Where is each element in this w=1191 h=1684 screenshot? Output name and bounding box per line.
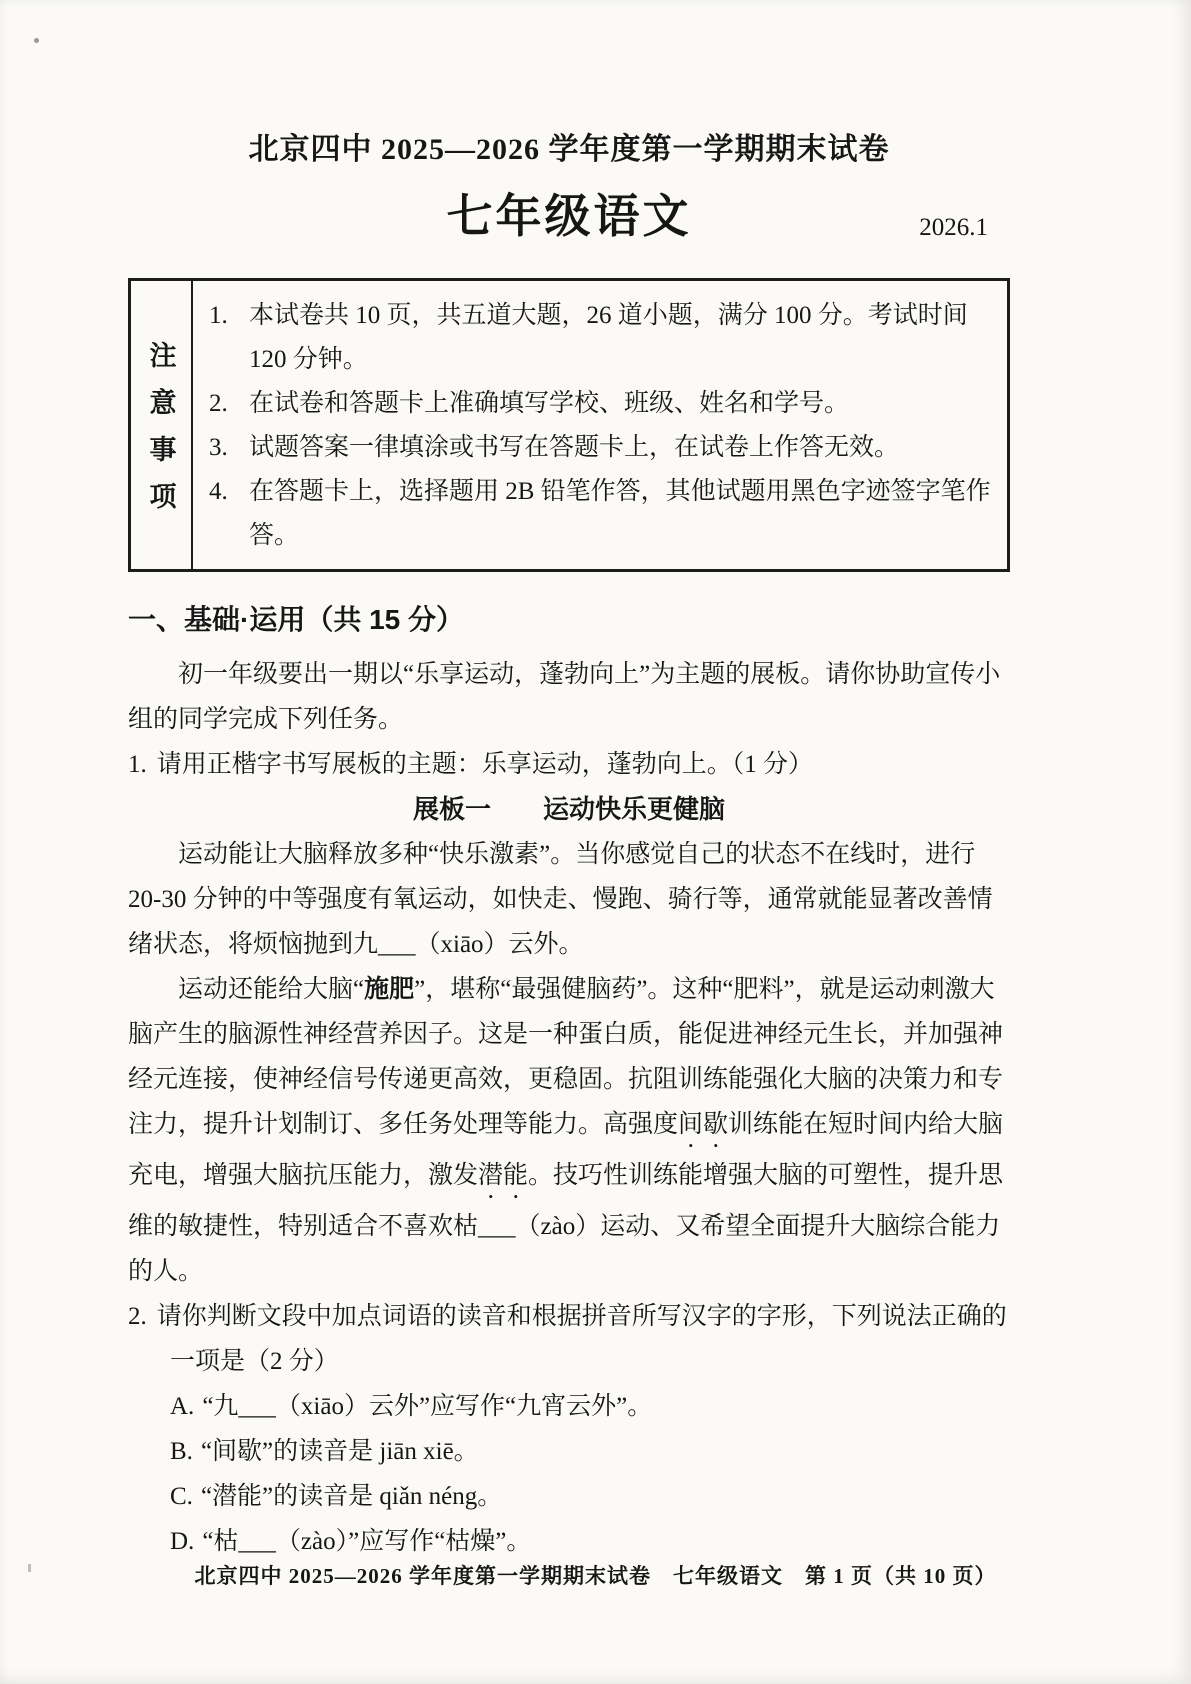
option-d-label: D. bbox=[170, 1528, 202, 1555]
notice-box: 注意事项 1. 本试卷共 10 页，共五道大题，26 道小题，满分 100 分。… bbox=[128, 278, 1010, 572]
passage-bold-term: 施肥 bbox=[364, 976, 414, 1003]
notice-item-2: 2. 在试卷和答题卡上准确填写学校、班级、姓名和学号。 bbox=[209, 382, 999, 426]
notice-item-number: 1. bbox=[209, 294, 249, 382]
subject-row: 七年级语文 2026.1 bbox=[128, 186, 1010, 248]
option-b-text: “间歇”的读音是 jiān xiē。 bbox=[201, 1438, 479, 1465]
option-d: D.“枯___（zào）”应写作“枯燥”。 bbox=[128, 1519, 1010, 1564]
passage-text: 运动还能给大脑“ bbox=[178, 976, 364, 1003]
notice-item-number: 4. bbox=[209, 470, 249, 558]
page-footer-text: 北京四中 2025—2026 学年度第一学期期末试卷 七年级语文 第 1 页（共… bbox=[195, 1564, 997, 1588]
option-a-label: A. bbox=[170, 1393, 202, 1420]
subject-title: 七年级语文 bbox=[447, 186, 692, 248]
notice-label: 注意事项 bbox=[142, 321, 181, 529]
passage-paragraph-1: 运动能让大脑释放多种“快乐激素”。当你感觉自己的状态不在线时，进行 20-30 … bbox=[128, 832, 1010, 967]
option-b: B.“间歇”的读音是 jiān xiē。 bbox=[128, 1429, 1010, 1474]
notice-label-cell: 注意事项 bbox=[131, 281, 193, 569]
notice-item-number: 2. bbox=[209, 382, 249, 426]
exam-date: 2026.1 bbox=[919, 214, 988, 242]
notice-item-text: 在答题卡上，选择题用 2B 铅笔作答，其他试题用黑色字迹签字笔作答。 bbox=[249, 470, 999, 558]
passage-paragraph-2: 运动还能给大脑“施肥”，堪称“最强健脑药”。这种“肥料”，就是运动刺激大脑产生的… bbox=[128, 967, 1010, 1294]
option-a: A.“九___（xiāo）云外”应写作“九宵云外”。 bbox=[128, 1384, 1010, 1429]
passage-dotted-term-qianneng: 潜能 bbox=[478, 1162, 528, 1189]
notice-item-3: 3. 试题答案一律填涂或书写在答题卡上，在试卷上作答无效。 bbox=[209, 426, 999, 470]
question-1-number: 1. bbox=[128, 751, 157, 778]
notice-item-text: 试题答案一律填涂或书写在答题卡上，在试卷上作答无效。 bbox=[249, 426, 999, 470]
notice-item-text: 本试卷共 10 页，共五道大题，26 道小题，满分 100 分。考试时间 120… bbox=[249, 294, 999, 382]
option-c-text: “潜能”的读音是 qiǎn néng。 bbox=[201, 1483, 502, 1510]
question-1-text: 请用正楷字书写展板的主题：乐享运动，蓬勃向上。（1 分） bbox=[157, 751, 813, 778]
question-2-number: 2. bbox=[128, 1303, 157, 1330]
page-footer: 北京四中 2025—2026 学年度第一学期期末试卷 七年级语文 第 1 页（共… bbox=[0, 1560, 1191, 1590]
notice-item-4: 4. 在答题卡上，选择题用 2B 铅笔作答，其他试题用黑色字迹签字笔作答。 bbox=[209, 470, 999, 558]
notice-item-1: 1. 本试卷共 10 页，共五道大题，26 道小题，满分 100 分。考试时间 … bbox=[209, 294, 999, 382]
question-2: 2.请你判断文段中加点词语的读音和根据拼音所写汉字的字形，下列说法正确的一项是（… bbox=[128, 1294, 1010, 1384]
question-2-options: A.“九___（xiāo）云外”应写作“九宵云外”。 B.“间歇”的读音是 ji… bbox=[128, 1384, 1010, 1564]
option-b-label: B. bbox=[170, 1438, 201, 1465]
page-content: 北京四中 2025—2026 学年度第一学期期末试卷 七年级语文 2026.1 … bbox=[128, 0, 1010, 1564]
passage-dotted-term-jianxie: 间歇 bbox=[678, 1111, 728, 1138]
notice-items: 1. 本试卷共 10 页，共五道大题，26 道小题，满分 100 分。考试时间 … bbox=[193, 281, 1007, 569]
option-c-label: C. bbox=[170, 1483, 201, 1510]
question-1: 1.请用正楷字书写展板的主题：乐享运动，蓬勃向上。（1 分） bbox=[128, 742, 1010, 787]
option-a-text: “九___（xiāo）云外”应写作“九宵云外”。 bbox=[202, 1393, 652, 1420]
board-one-title: 展板一 运动快乐更健脑 bbox=[128, 787, 1010, 832]
exam-paper-page: 北京四中 2025—2026 学年度第一学期期末试卷 七年级语文 2026.1 … bbox=[0, 0, 1191, 1684]
section-one: 一、基础·运用（共 15 分） 初一年级要出一期以“乐享运动，蓬勃向上”为主题的… bbox=[128, 599, 1010, 1564]
scan-artifact-dot bbox=[34, 38, 39, 43]
notice-item-text: 在试卷和答题卡上准确填写学校、班级、姓名和学号。 bbox=[249, 382, 999, 426]
exam-header: 北京四中 2025—2026 学年度第一学期期末试卷 七年级语文 2026.1 bbox=[128, 128, 1010, 248]
notice-item-number: 3. bbox=[209, 426, 249, 470]
exam-title: 北京四中 2025—2026 学年度第一学期期末试卷 bbox=[128, 128, 1010, 172]
section-one-heading: 一、基础·运用（共 15 分） bbox=[128, 599, 1010, 641]
option-d-text: “枯___（zào）”应写作“枯燥”。 bbox=[202, 1528, 531, 1555]
section-intro: 初一年级要出一期以“乐享运动，蓬勃向上”为主题的展板。请你协助宣传小组的同学完成… bbox=[128, 652, 1010, 742]
option-c: C.“潜能”的读音是 qiǎn néng。 bbox=[128, 1474, 1010, 1519]
question-2-text: 请你判断文段中加点词语的读音和根据拼音所写汉字的字形，下列说法正确的一项是（2 … bbox=[157, 1303, 1007, 1375]
